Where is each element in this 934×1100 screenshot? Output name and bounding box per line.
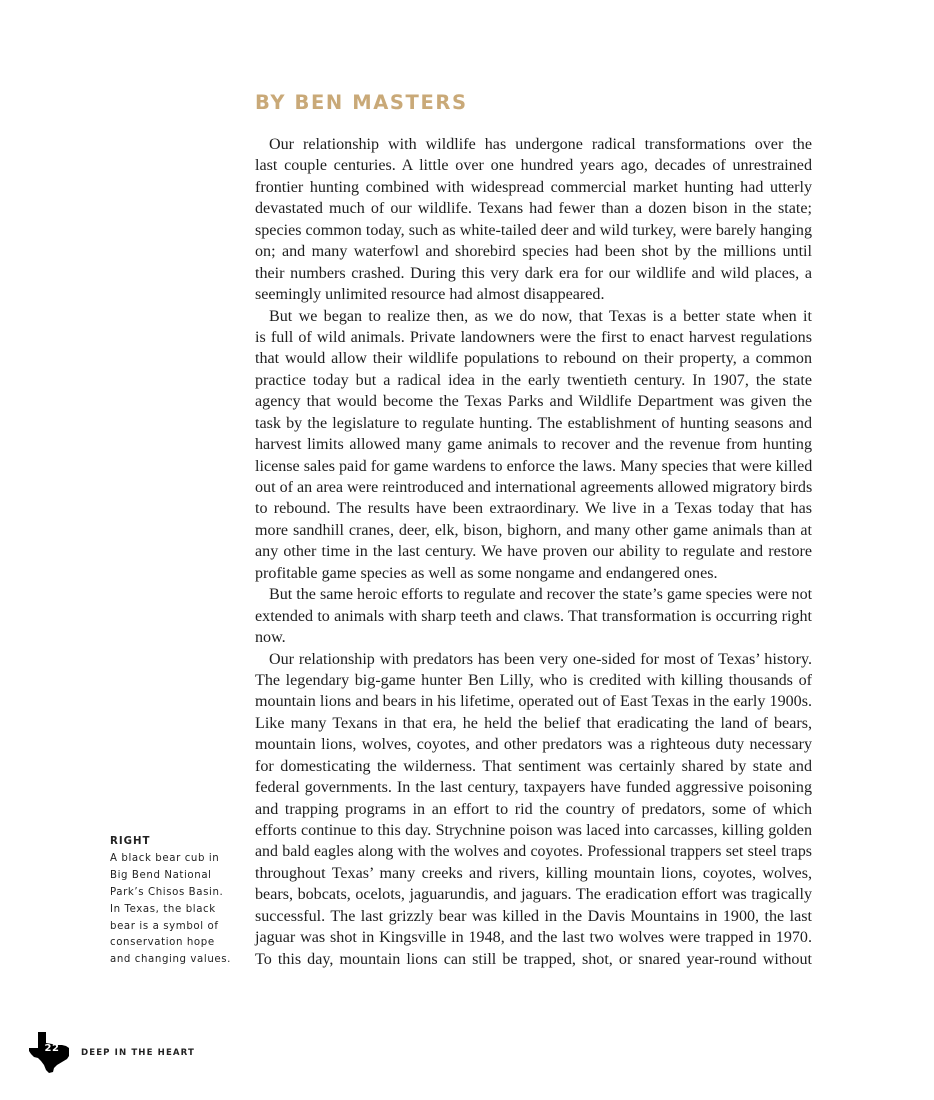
body-text-line: is full of wild animals. Private landown… [255,327,812,348]
body-text-line: bears, bobcats, ocelots, jaguarundis, an… [255,884,812,905]
body-text-line: jaguar was shot in Kingsville in 1948, a… [255,927,812,948]
body-text-line: task by the legislature to regulate hunt… [255,413,812,434]
body-text-line: devastated much of our wildlife. Texans … [255,198,812,219]
caption-line: conservation hope [110,935,245,952]
body-text-line: federal governments. In the last century… [255,777,812,798]
caption-line: Big Bend National [110,868,245,885]
caption-line: and changing values. [110,952,245,969]
body-text-line: that would allow their wildlife populati… [255,348,812,369]
body-text-line: last couple centuries. A little over one… [255,155,812,176]
body-text-line: any other time in the last century. We h… [255,541,812,562]
body-text-line: The legendary big-game hunter Ben Lilly,… [255,670,812,691]
body-text-line: But the same heroic efforts to regulate … [255,584,812,605]
body-text-line: But we began to realize then, as we do n… [255,306,812,327]
caption-label: RIGHT [110,834,245,851]
body-text-line: out of an area were reintroduced and int… [255,477,812,498]
body-text-line: now. [255,627,812,648]
body-text-line: agency that would become the Texas Parks… [255,391,812,412]
body-text-line: their numbers crashed. During this very … [255,263,812,284]
body-text-line: practice today but a radical idea in the… [255,370,812,391]
body-text-line: mountain lions, wolves, coyotes, and oth… [255,734,812,755]
body-text-line: Our relationship with predators has been… [255,649,812,670]
body-text-line: profitable game species as well as some … [255,563,812,584]
article-body: Our relationship with wildlife has under… [255,134,812,970]
author-byline: BY BEN MASTERS [255,91,468,114]
body-text-line: harvest limits allowed many game animals… [255,434,812,455]
caption-line: A black bear cub in [110,851,245,868]
body-text-line: frontier hunting combined with widesprea… [255,177,812,198]
body-text-line: To this day, mountain lions can still be… [255,949,812,970]
body-text-line: Our relationship with wildlife has under… [255,134,812,155]
page-number: 22 [39,1043,65,1054]
body-text-line: more sandhill cranes, deer, elk, bison, … [255,520,812,541]
body-text-line: for domesticating the wilderness. That s… [255,756,812,777]
body-text-line: successful. The last grizzly bear was ki… [255,906,812,927]
body-text-line: mountain lions and bears in his lifetime… [255,691,812,712]
page-footer: 22 DEEP IN THE HEART [28,1030,228,1074]
photo-caption: RIGHT A black bear cub in Big Bend Natio… [110,834,245,969]
caption-line: Park’s Chisos Basin. [110,885,245,902]
body-text-line: and trapping programs in an effort to ri… [255,799,812,820]
body-text-line: license sales paid for game wardens to e… [255,456,812,477]
body-text-line: and bald eagles along with the wolves an… [255,841,812,862]
caption-line: bear is a symbol of [110,919,245,936]
body-text-line: extended to animals with sharp teeth and… [255,606,812,627]
caption-line: In Texas, the black [110,902,245,919]
body-text-line: to rebound. The results have been extrao… [255,498,812,519]
body-text-line: efforts continue to this day. Strychnine… [255,820,812,841]
book-title: DEEP IN THE HEART [81,1048,195,1058]
body-text-line: species common today, such as white-tail… [255,220,812,241]
body-text-line: throughout Texas’ many creeks and rivers… [255,863,812,884]
body-text-line: on; and many waterfowl and shorebird spe… [255,241,812,262]
body-text-line: Like many Texans in that era, he held th… [255,713,812,734]
body-text-line: seemingly unlimited resource had almost … [255,284,812,305]
